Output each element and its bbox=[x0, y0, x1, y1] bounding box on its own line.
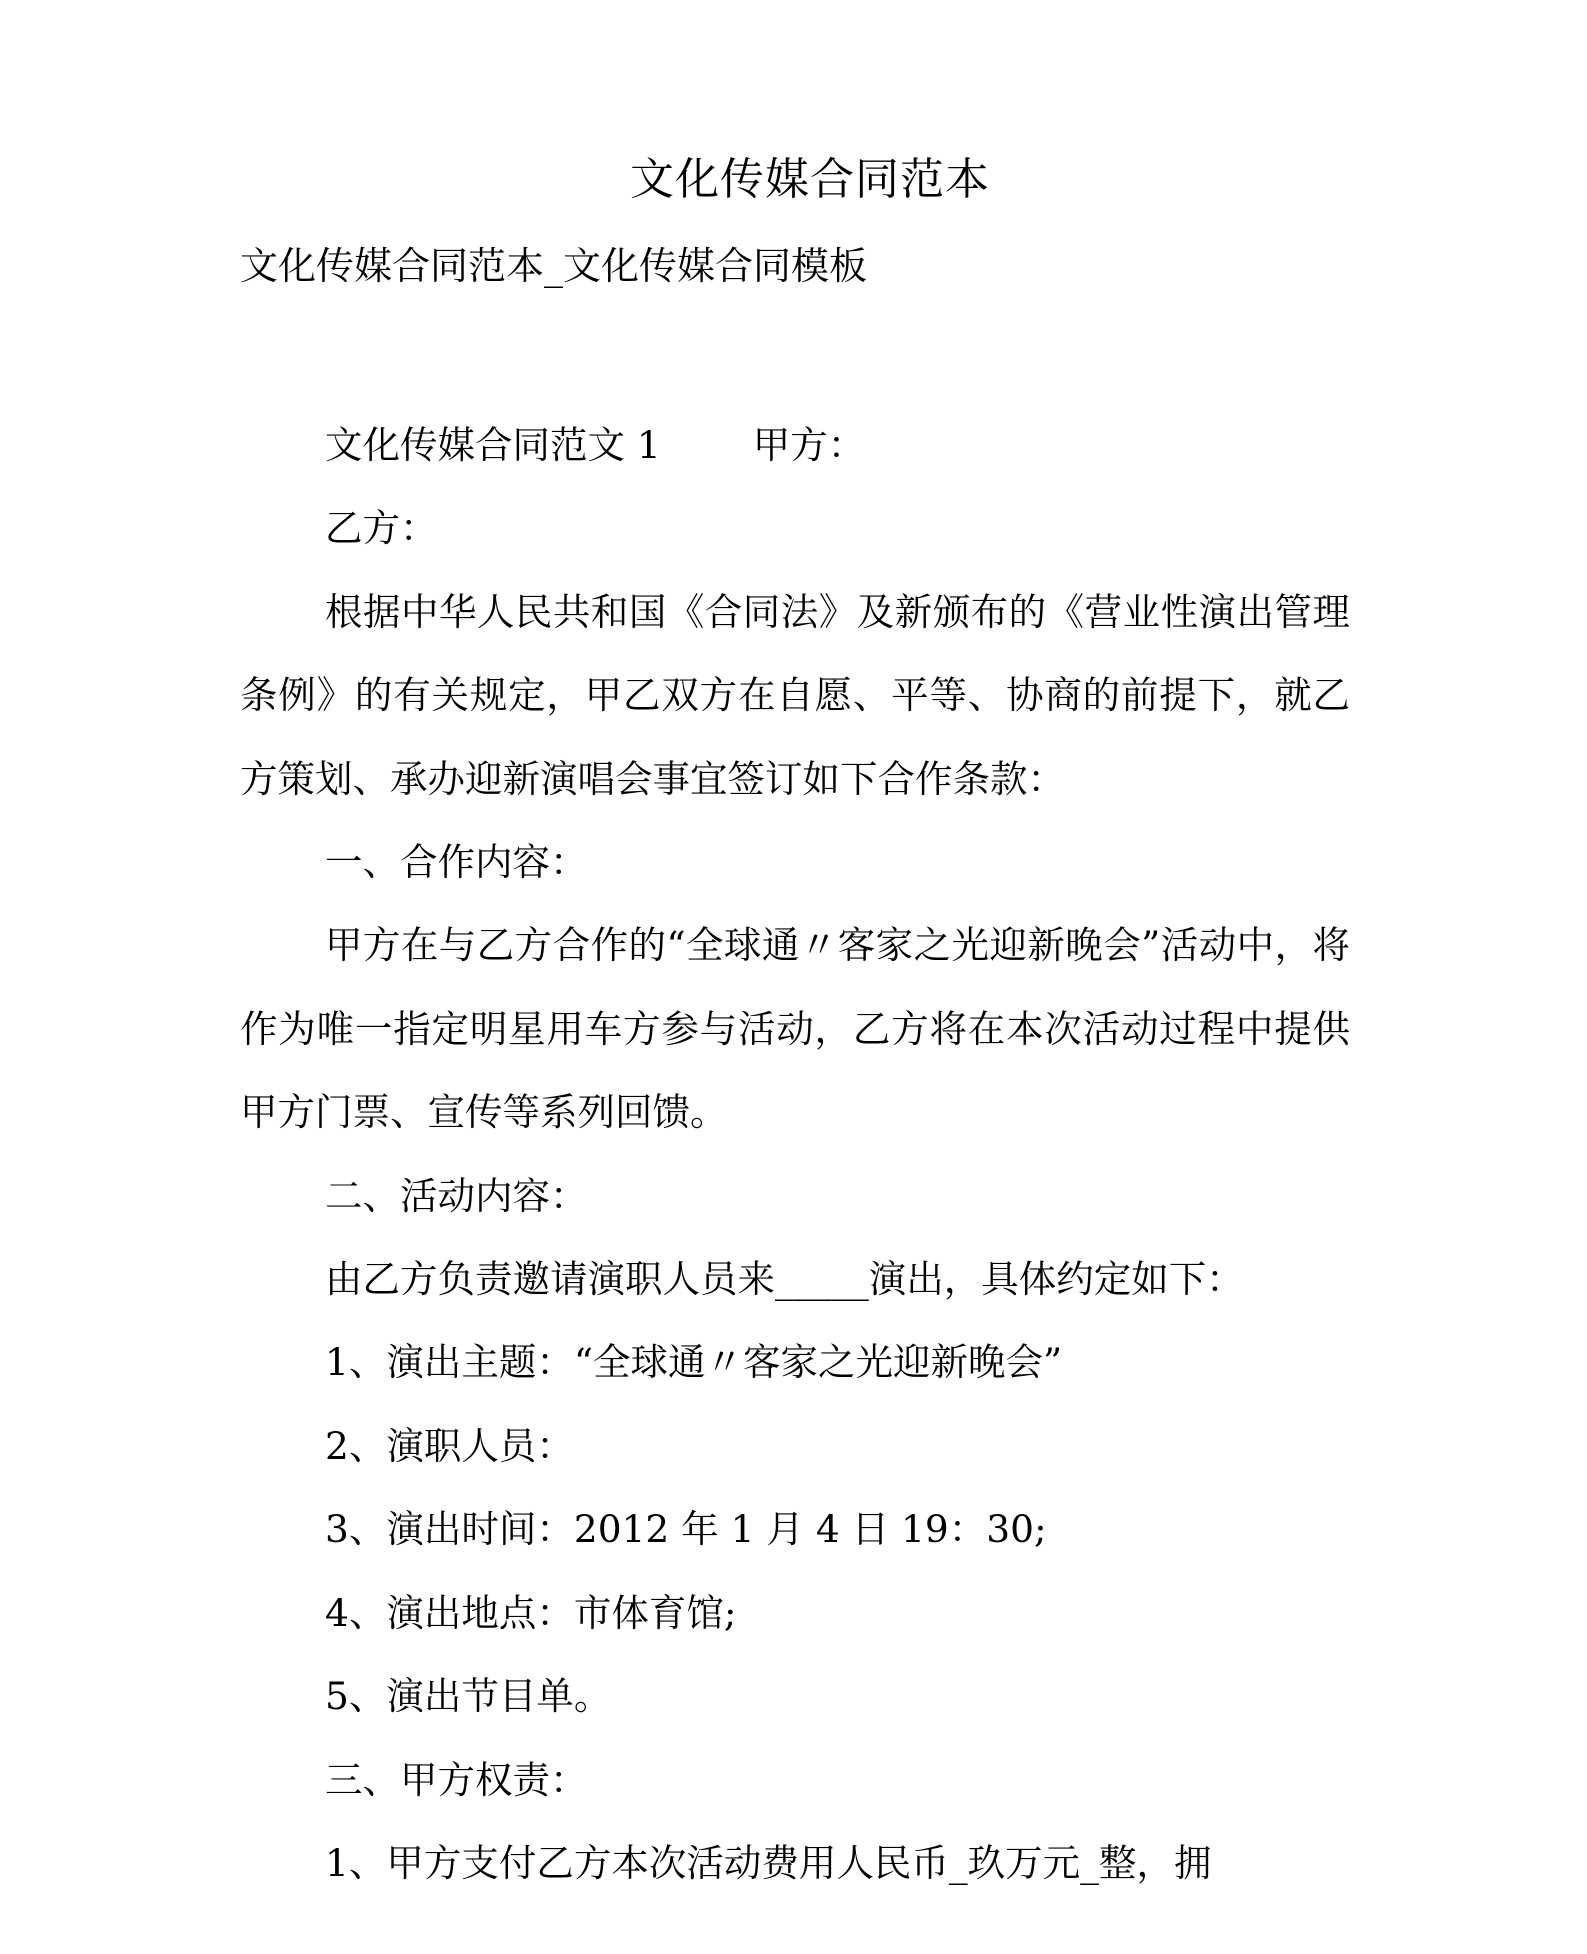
list-item-program: 5、演出节目单。 bbox=[240, 1655, 1350, 1738]
section-2-intro: 由乙方负责邀请演职人员来_____演出，具体约定如下： bbox=[240, 1238, 1350, 1321]
section-3-heading: 三、甲方权责： bbox=[240, 1739, 1350, 1822]
document-title: 文化传媒合同范本 bbox=[0, 150, 1587, 210]
sample-heading-line: 文化传媒合同范文 1甲方： bbox=[240, 404, 1350, 487]
list-item-venue: 4、演出地点：市体育馆; bbox=[240, 1572, 1350, 1655]
party-b-label: 乙方： bbox=[240, 487, 1350, 570]
list-item-performers: 2、演职人员： bbox=[240, 1405, 1350, 1488]
preamble-paragraph: 根据中华人民共和国《合同法》及新颁布的《营业性演出管理条例》的有关规定，甲乙双方… bbox=[240, 571, 1350, 821]
section-3-item-1: 1、甲方支付乙方本次活动费用人民币_玖万元_整，拥 bbox=[240, 1822, 1350, 1905]
list-item-theme: 1、演出主题：“全球通〃客家之光迎新晚会” bbox=[240, 1321, 1350, 1404]
section-1-body: 甲方在与乙方合作的“全球通〃客家之光迎新晚会”活动中，将作为唯一指定明星用车方参… bbox=[240, 904, 1350, 1154]
list-item-time: 3、演出时间：2012 年 1 月 4 日 19：30; bbox=[240, 1488, 1350, 1571]
document-subtitle: 文化传媒合同范本_文化传媒合同模板 bbox=[240, 238, 867, 294]
party-a-label: 甲方： bbox=[753, 423, 866, 467]
section-1-heading: 一、合作内容： bbox=[240, 821, 1350, 904]
sample-heading: 文化传媒合同范文 1 bbox=[325, 423, 661, 467]
document-body: 文化传媒合同范文 1甲方： 乙方： 根据中华人民共和国《合同法》及新颁布的《营业… bbox=[240, 404, 1350, 1905]
section-2-heading: 二、活动内容： bbox=[240, 1155, 1350, 1238]
document-page: 文化传媒合同范本 文化传媒合同范本_文化传媒合同模板 文化传媒合同范文 1甲方：… bbox=[0, 0, 1587, 1954]
